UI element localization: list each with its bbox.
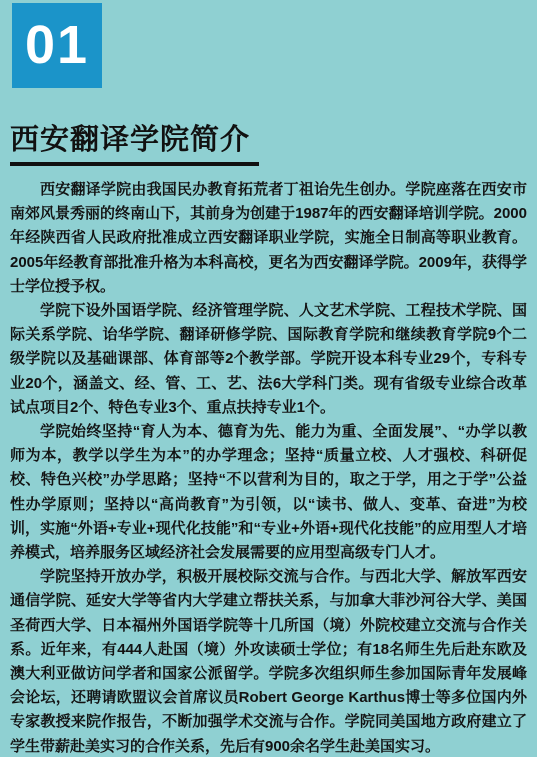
intro-paragraph-cooperation: 学院坚持开放办学，积极开展校际交流与合作。与西北大学、解放军西安通信学院、延安大… <box>10 565 527 757</box>
section-number: 01 <box>25 18 89 72</box>
intro-paragraph-history: 西安翻译学院由我国民办教育拓荒者丁祖诒先生创办。学院座落在西安市南郊风景秀丽的终… <box>10 178 527 299</box>
intro-paragraph-schools-majors: 学院下设外国语学院、经济管理学院、人文艺术学院、工程技术学院、国际关系学院、诒华… <box>10 299 527 420</box>
document-page: 01 西安翻译学院简介 西安翻译学院由我国民办教育拓荒者丁祖诒先生创办。学院座落… <box>0 0 537 757</box>
intro-text-block: 西安翻译学院由我国民办教育拓荒者丁祖诒先生创办。学院座落在西安市南郊风景秀丽的终… <box>10 178 527 757</box>
page-title: 西安翻译学院简介 <box>10 125 259 166</box>
intro-paragraph-philosophy: 学院始终坚持“育人为本、德育为先、能力为重、全面发展”、“办学以教师为本，教学以… <box>10 420 527 565</box>
section-number-badge: 01 <box>12 3 102 88</box>
